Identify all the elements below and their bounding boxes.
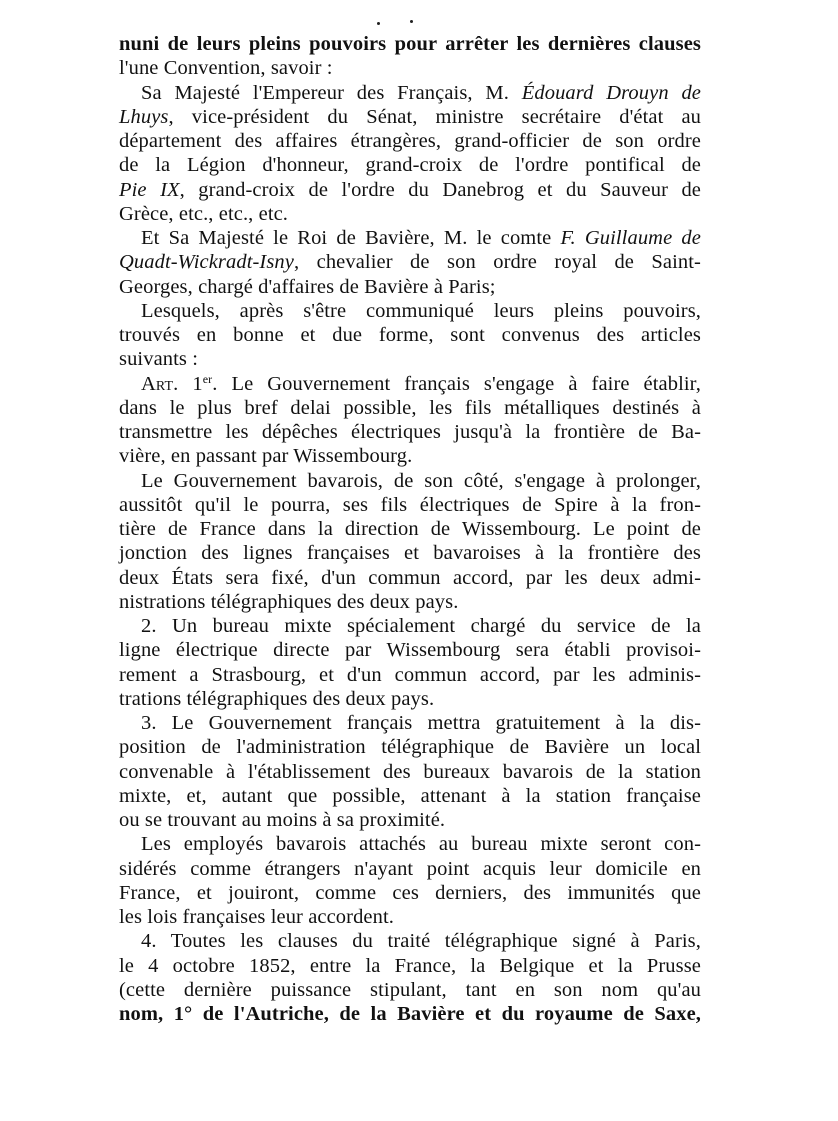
- text-line: Grèce, etc., etc., etc.: [119, 202, 701, 226]
- text-span: Et Sa Majesté le Roi de Bavière, M. le c…: [141, 227, 560, 249]
- text-span: 1: [178, 373, 202, 395]
- text-span: France, et jouiront, comme ces derniers,…: [119, 882, 701, 904]
- text-line: 2. Un bureau mixte spécialement chargé d…: [119, 614, 701, 638]
- text-span: dans le plus bref delai possible, les fi…: [119, 397, 701, 419]
- page-mark-dot: [377, 22, 380, 25]
- text-span: transmettre les dépêches électriques jus…: [119, 421, 701, 443]
- text-line: aussitôt qu'il le pourra, ses fils élect…: [119, 493, 701, 517]
- text-line: sidérés comme étrangers n'ayant point ac…: [119, 857, 701, 881]
- text-span: de la Légion d'honneur, grand-croix de l…: [119, 154, 701, 176]
- text-span: Lesquels, après s'être communiqué leurs …: [141, 300, 701, 322]
- text-span: 3. Le Gouvernement français mettra gratu…: [141, 712, 701, 734]
- text-span: Art.: [141, 373, 178, 395]
- text-line: dans le plus bref delai possible, les fi…: [119, 396, 701, 420]
- text-line: nuni de leurs pleins pouvoirs pour arrêt…: [119, 32, 701, 56]
- text-span: nuni de leurs pleins pouvoirs pour arrêt…: [119, 33, 701, 55]
- text-line: Lesquels, après s'être communiqué leurs …: [119, 299, 701, 323]
- text-line: tière de France dans la direction de Wis…: [119, 517, 701, 541]
- text-line: Pie IX, grand-croix de l'ordre du Danebr…: [119, 178, 701, 202]
- text-span: er: [203, 372, 213, 386]
- text-line: Georges, chargé d'affaires de Bavière à …: [119, 275, 701, 299]
- text-span: Quadt-Wickradt-Isny: [119, 251, 294, 273]
- text-span: deux États sera fixé, d'un commun accord…: [119, 567, 701, 589]
- text-line: Sa Majesté l'Empereur des Français, M. É…: [119, 81, 701, 105]
- text-line: Les employés bavarois attachés au bureau…: [119, 832, 701, 856]
- text-line: trations télégraphiques des deux pays.: [119, 687, 701, 711]
- text-span: convenable à l'établissement des bureaux…: [119, 761, 701, 783]
- text-line: position de l'administration télégraphiq…: [119, 735, 701, 759]
- text-span: trouvés en bonne et due forme, sont conv…: [119, 324, 701, 346]
- text-line: Quadt-Wickradt-Isny, chevalier de son or…: [119, 250, 701, 274]
- text-line: ou se trouvant au moins à sa proximité.: [119, 808, 701, 832]
- text-span: aussitôt qu'il le pourra, ses fils élect…: [119, 494, 701, 516]
- text-span: le 4 octobre 1852, entre la France, la B…: [119, 955, 701, 977]
- text-span: nom, 1° de l'Autriche, de la Bavière et …: [119, 1003, 701, 1025]
- text-line: Et Sa Majesté le Roi de Bavière, M. le c…: [119, 226, 701, 250]
- text-span: Lhuys: [119, 106, 168, 128]
- text-span: (cette dernière puissance stipulant, tan…: [119, 979, 701, 1001]
- text-line: Lhuys, vice-président du Sénat, ministre…: [119, 105, 701, 129]
- text-span: suivants :: [119, 348, 198, 370]
- document-body: nuni de leurs pleins pouvoirs pour arrêt…: [119, 32, 701, 1026]
- text-span: , vice-président du Sénat, ministre secr…: [168, 106, 701, 128]
- text-span: l'une Convention, savoir :: [119, 57, 333, 79]
- text-span: tière de France dans la direction de Wis…: [119, 518, 701, 540]
- text-span: position de l'administration télégraphiq…: [119, 736, 701, 758]
- text-span: trations télégraphiques des deux pays.: [119, 688, 434, 710]
- text-span: rement a Strasbourg, et d'un commun acco…: [119, 664, 701, 686]
- text-line: 4. Toutes les clauses du traité télégrap…: [119, 929, 701, 953]
- text-line: nom, 1° de l'Autriche, de la Bavière et …: [119, 1002, 701, 1026]
- text-span: Le Gouvernement bavarois, de son côté, s…: [141, 470, 701, 492]
- text-span: , chevalier de son ordre royal de Saint-: [294, 251, 701, 273]
- text-line: 3. Le Gouvernement français mettra gratu…: [119, 711, 701, 735]
- text-span: sidérés comme étrangers n'ayant point ac…: [119, 858, 701, 880]
- text-span: département des affaires étrangères, gra…: [119, 130, 701, 152]
- text-line: l'une Convention, savoir :: [119, 56, 701, 80]
- text-span: les lois françaises leur accordent.: [119, 906, 394, 928]
- text-span: Georges, chargé d'affaires de Bavière à …: [119, 276, 496, 298]
- text-line: France, et jouiront, comme ces derniers,…: [119, 881, 701, 905]
- text-line: (cette dernière puissance stipulant, tan…: [119, 978, 701, 1002]
- text-span: mixte, et, autant que possible, attenant…: [119, 785, 701, 807]
- text-line: vière, en passant par Wissembourg.: [119, 444, 701, 468]
- text-line: le 4 octobre 1852, entre la France, la B…: [119, 954, 701, 978]
- text-line: suivants :: [119, 347, 701, 371]
- text-span: vière, en passant par Wissembourg.: [119, 445, 412, 467]
- text-line: nistrations télégraphiques des deux pays…: [119, 590, 701, 614]
- text-line: convenable à l'établissement des bureaux…: [119, 760, 701, 784]
- text-span: 4. Toutes les clauses du traité télégrap…: [141, 930, 701, 952]
- text-span: nistrations télégraphiques des deux pays…: [119, 591, 458, 613]
- text-line: mixte, et, autant que possible, attenant…: [119, 784, 701, 808]
- text-span: ligne électrique directe par Wissembourg…: [119, 639, 701, 661]
- text-line: Le Gouvernement bavarois, de son côté, s…: [119, 469, 701, 493]
- text-span: Grèce, etc., etc., etc.: [119, 203, 288, 225]
- text-line: deux États sera fixé, d'un commun accord…: [119, 566, 701, 590]
- text-span: . Le Gouvernement français s'engage à fa…: [212, 373, 701, 395]
- text-span: 2. Un bureau mixte spécialement chargé d…: [141, 615, 701, 637]
- text-line: de la Légion d'honneur, grand-croix de l…: [119, 153, 701, 177]
- text-line: département des affaires étrangères, gra…: [119, 129, 701, 153]
- text-span: Édouard Drouyn de: [522, 82, 701, 104]
- text-line: trouvés en bonne et due forme, sont conv…: [119, 323, 701, 347]
- text-span: ou se trouvant au moins à sa proximité.: [119, 809, 445, 831]
- text-line: jonction des lignes françaises et bavaro…: [119, 541, 701, 565]
- text-span: Les employés bavarois attachés au bureau…: [141, 833, 701, 855]
- text-span: Pie IX: [119, 179, 180, 201]
- text-line: transmettre les dépêches électriques jus…: [119, 420, 701, 444]
- text-span: Sa Majesté l'Empereur des Français, M.: [141, 82, 522, 104]
- text-line: ligne électrique directe par Wissembourg…: [119, 638, 701, 662]
- text-line: Art. 1er. Le Gouvernement français s'eng…: [119, 372, 701, 396]
- text-span: jonction des lignes françaises et bavaro…: [119, 542, 701, 564]
- page-mark-dot: [410, 20, 413, 23]
- text-line: rement a Strasbourg, et d'un commun acco…: [119, 663, 701, 687]
- text-span: , grand-croix de l'ordre du Danebrog et …: [180, 179, 701, 201]
- text-span: F. Guillaume de: [560, 227, 701, 249]
- text-line: les lois françaises leur accordent.: [119, 905, 701, 929]
